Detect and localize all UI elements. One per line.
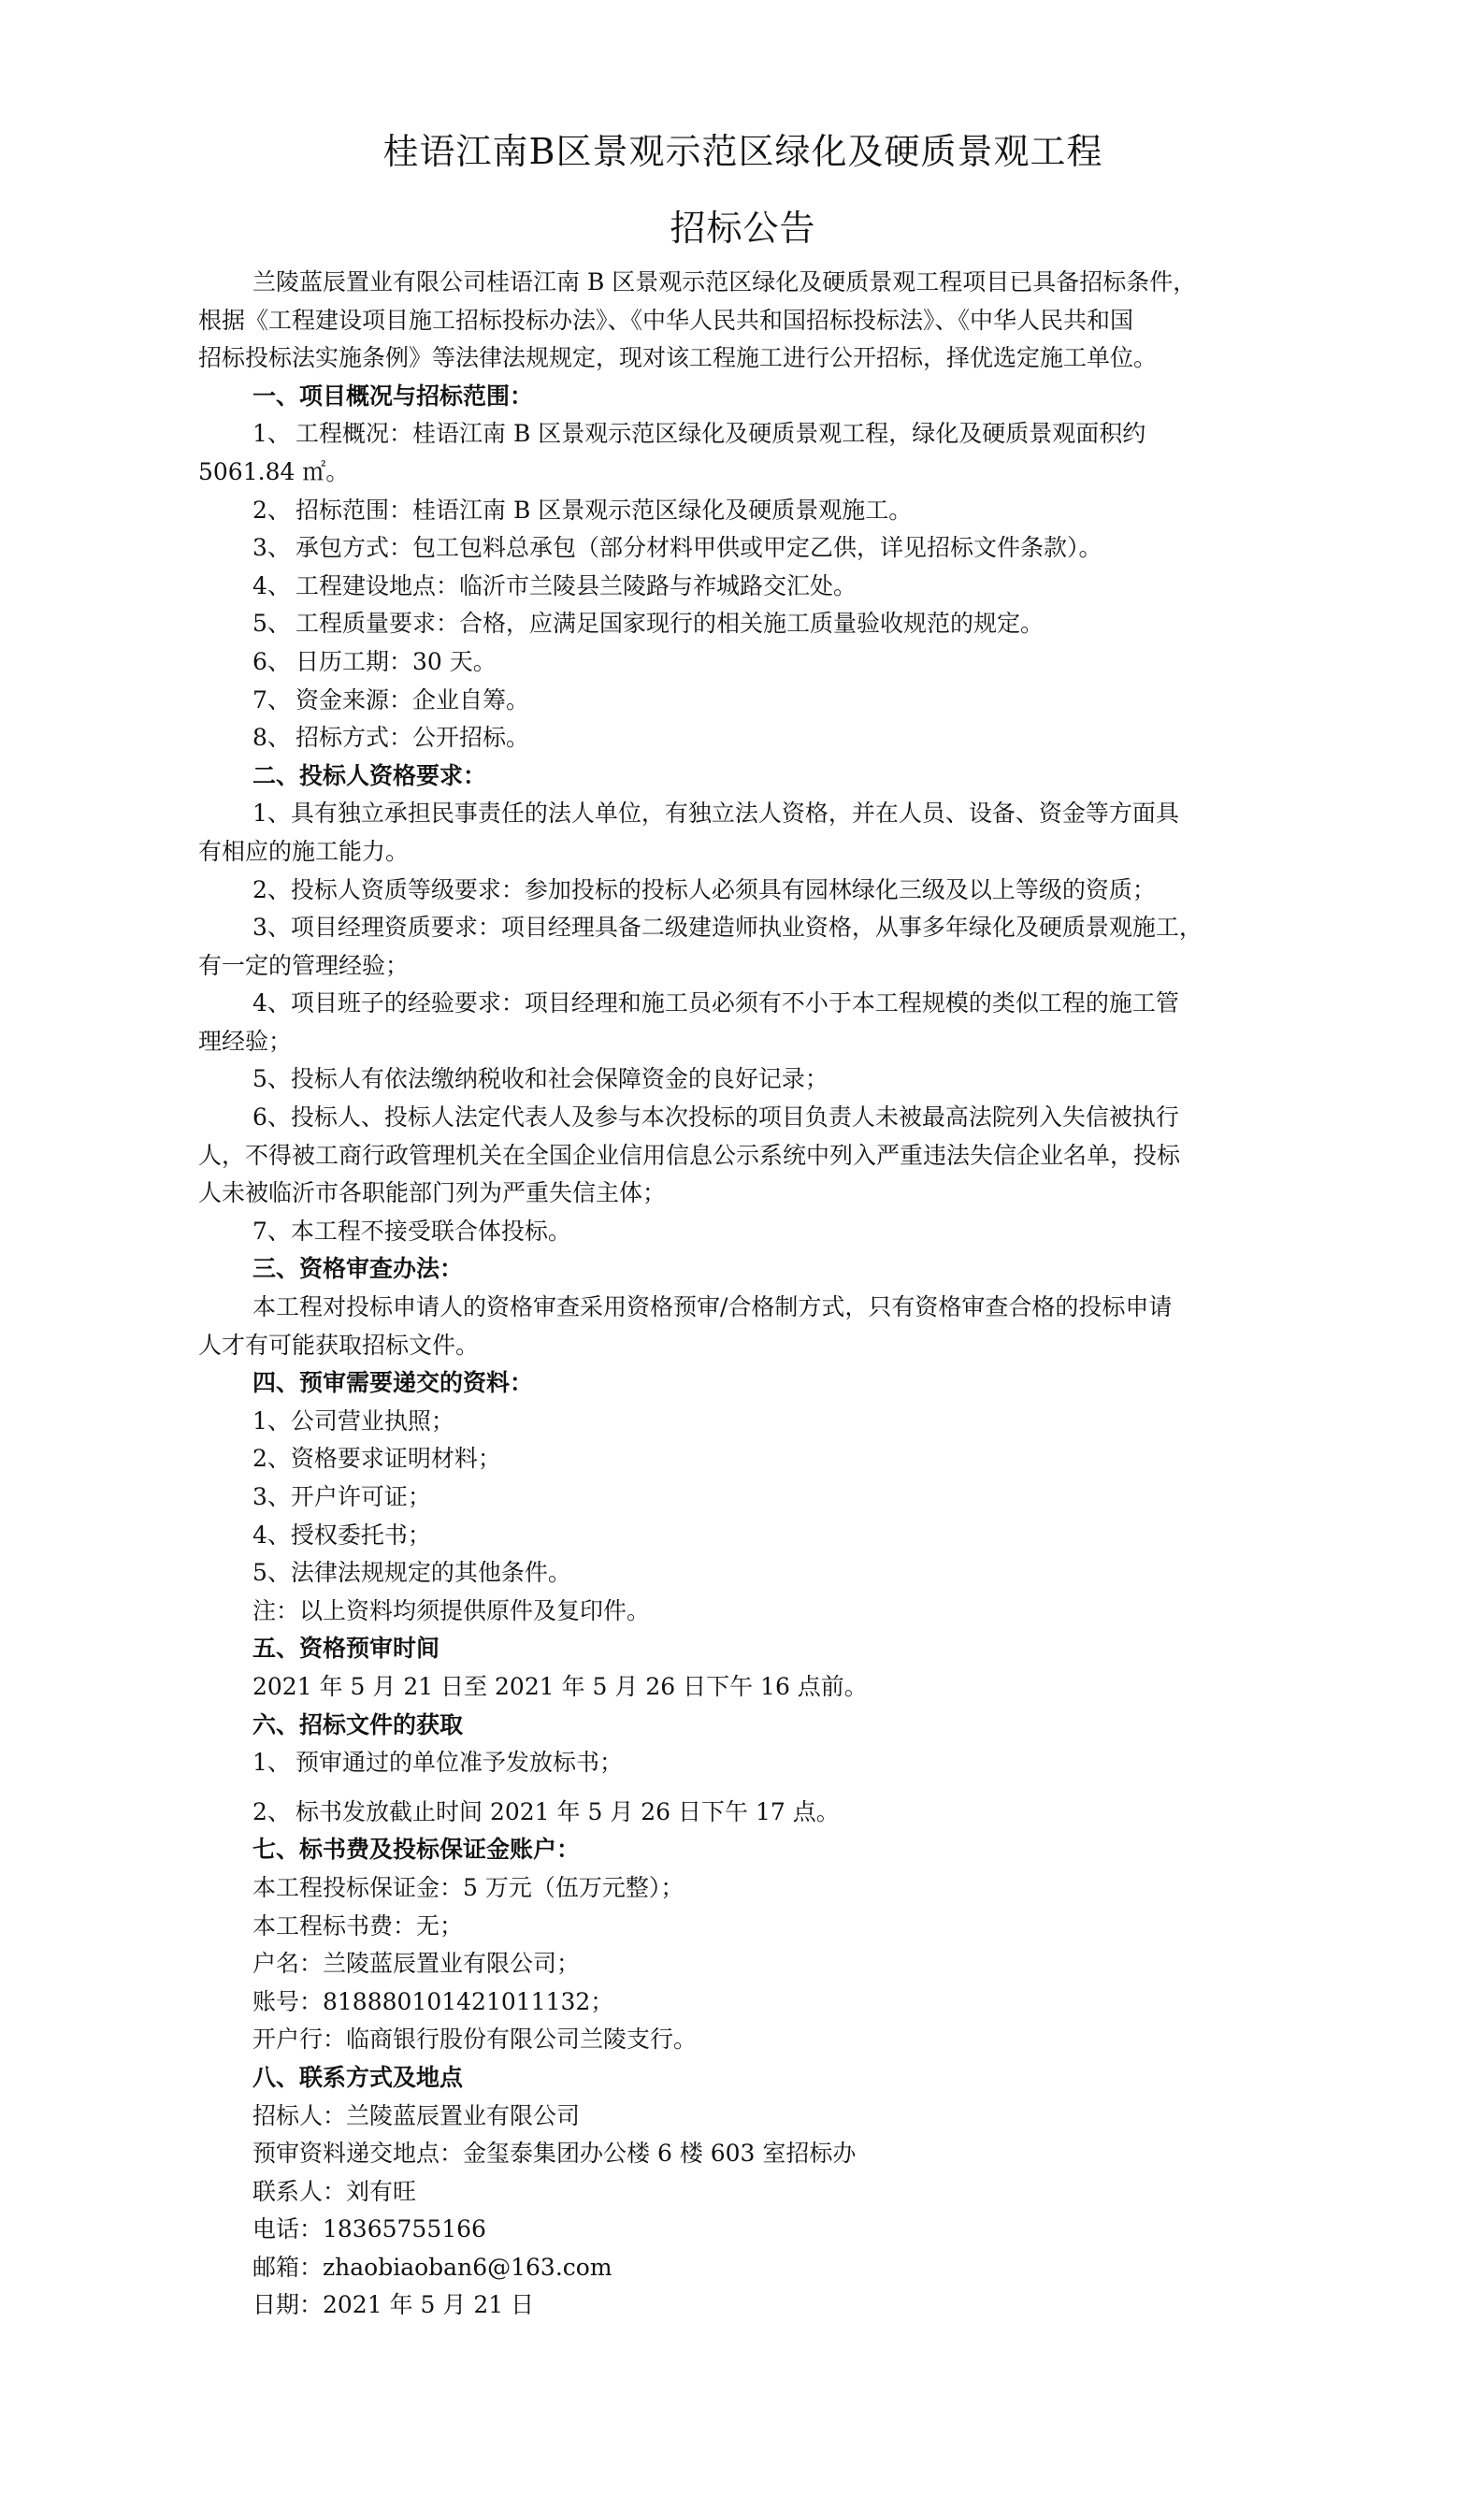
deposit-text: 本工程投标保证金：5 万元（伍万元整）； — [198, 1869, 1288, 1908]
list-item: 4、工程建设地点：临沂市兰陵县兰陵路与祚城路交汇处。 — [198, 568, 1288, 606]
intro-line: 根据《工程建设项目施工招标投标办法》、《中华人民共和国招标投标法》、《中华人民共… — [198, 302, 1288, 340]
bank-name: 开户行：临商银行股份有限公司兰陵支行。 — [198, 2021, 1288, 2059]
document-subtitle: 招标公告 — [198, 206, 1288, 251]
account-name: 户名：兰陵蓝辰置业有限公司； — [198, 1945, 1288, 1983]
section-heading-1: 一、项目概况与招标范围： — [198, 378, 1288, 416]
email: 邮箱：zhaobiaoban6@163.com — [198, 2249, 1288, 2287]
paragraph-line: 本工程对投标申请人的资格审查采用资格预审/合格制方式，只有资格审查合格的投标申请 — [198, 1289, 1288, 1327]
contact-person: 联系人：刘有旺 — [198, 2173, 1288, 2212]
list-item-continuation: 人，不得被工商行政管理机关在全国企业信用信息公示系统中列入严重违法失信企业名单，… — [198, 1137, 1288, 1175]
section-heading-4: 四、预审需要递交的资料： — [198, 1364, 1288, 1403]
list-item: 4、项目班子的经验要求：项目经理和施工员必须有不小于本工程规模的类似工程的施工管 — [198, 985, 1288, 1023]
document-body: 兰陵蓝辰置业有限公司桂语江南 B 区景观示范区绿化及硬质景观工程项目已具备招标条… — [198, 264, 1288, 2325]
note-text: 注：以上资料均须提供原件及复印件。 — [198, 1593, 1288, 1631]
list-item-continuation: 有相应的施工能力。 — [198, 833, 1288, 872]
list-item: 6、投标人、投标人法定代表人及参与本次投标的项目负责人未被最高法院列入失信被执行 — [198, 1099, 1288, 1137]
list-item-continuation: 5061.84 ㎡。 — [198, 454, 1288, 492]
list-item: 5、工程质量要求：合格，应满足国家现行的相关施工质量验收规范的规定。 — [198, 605, 1288, 643]
list-item: 2、招标范围：桂语江南 B 区景观示范区绿化及硬质景观施工。 — [198, 492, 1288, 530]
list-item: 8、招标方式：公开招标。 — [198, 719, 1288, 757]
list-item: 6、日历工期：30 天。 — [198, 643, 1288, 682]
list-item: 5、投标人有依法缴纳税收和社会保障资金的良好记录； — [198, 1060, 1288, 1099]
intro-line: 招标投标法实施条例》等法律法规规定，现对该工程施工进行公开招标，择优选定施工单位… — [198, 339, 1288, 378]
section-heading-8: 八、联系方式及地点 — [198, 2059, 1288, 2098]
list-item-continuation: 理经验； — [198, 1023, 1288, 1061]
document-title: 桂语江南B区景观示范区绿化及硬质景观工程 — [198, 129, 1288, 174]
section-heading-6: 六、招标文件的获取 — [198, 1707, 1288, 1745]
section-heading-2: 二、投标人资格要求： — [198, 757, 1288, 796]
list-item: 1、工程概况：桂语江南 B 区景观示范区绿化及硬质景观工程，绿化及硬质景观面积约 — [198, 415, 1288, 454]
list-item: 4、授权委托书； — [198, 1517, 1288, 1555]
section-heading-5: 五、资格预审时间 — [198, 1630, 1288, 1668]
paragraph-line: 人才有可能获取招标文件。 — [198, 1327, 1288, 1365]
account-number: 账号：818880101421011132； — [198, 1983, 1288, 2022]
section-heading-3: 三、资格审查办法： — [198, 1250, 1288, 1289]
list-item: 5、法律法规规定的其他条件。 — [198, 1554, 1288, 1593]
spacer — [198, 1782, 1288, 1794]
list-item: 3、项目经理资质要求：项目经理具备二级建造师执业资格，从事多年绿化及硬质景观施工… — [198, 909, 1288, 947]
list-item: 1、公司营业执照； — [198, 1403, 1288, 1441]
prequal-time: 2021 年 5 月 21 日至 2021 年 5 月 26 日下午 16 点前… — [198, 1668, 1288, 1707]
submission-location: 预审资料递交地点：金玺泰集团办公楼 6 楼 603 室招标办 — [198, 2135, 1288, 2173]
list-item: 7、资金来源：企业自筹。 — [198, 682, 1288, 720]
tenderer: 招标人：兰陵蓝辰置业有限公司 — [198, 2098, 1288, 2136]
phone: 电话：18365755166 — [198, 2211, 1288, 2249]
list-item: 2、标书发放截止时间 2021 年 5 月 26 日下午 17 点。 — [198, 1794, 1288, 1832]
list-item: 2、投标人资质等级要求：参加投标的投标人必须具有园林绿化三级及以上等级的资质； — [198, 872, 1288, 910]
list-item: 1、具有独立承担民事责任的法人单位，有独立法人资格，并在人员、设备、资金等方面具 — [198, 795, 1288, 833]
section-heading-7: 七、标书费及投标保证金账户： — [198, 1831, 1288, 1869]
list-item-continuation: 有一定的管理经验； — [198, 947, 1288, 986]
list-item: 7、本工程不接受联合体投标。 — [198, 1213, 1288, 1251]
list-item: 3、承包方式：包工包料总承包（部分材料甲供或甲定乙供，详见招标文件条款）。 — [198, 529, 1288, 568]
list-item-continuation: 人未被临沂市各职能部门列为严重失信主体； — [198, 1175, 1288, 1213]
list-item: 1、预审通过的单位准予发放标书； — [198, 1744, 1288, 1782]
list-item: 2、资格要求证明材料； — [198, 1440, 1288, 1478]
fee-text: 本工程标书费：无； — [198, 1908, 1288, 1946]
list-item: 3、开户许可证； — [198, 1478, 1288, 1517]
intro-line: 兰陵蓝辰置业有限公司桂语江南 B 区景观示范区绿化及硬质景观工程项目已具备招标条… — [198, 264, 1288, 302]
date: 日期：2021 年 5 月 21 日 — [198, 2286, 1288, 2325]
